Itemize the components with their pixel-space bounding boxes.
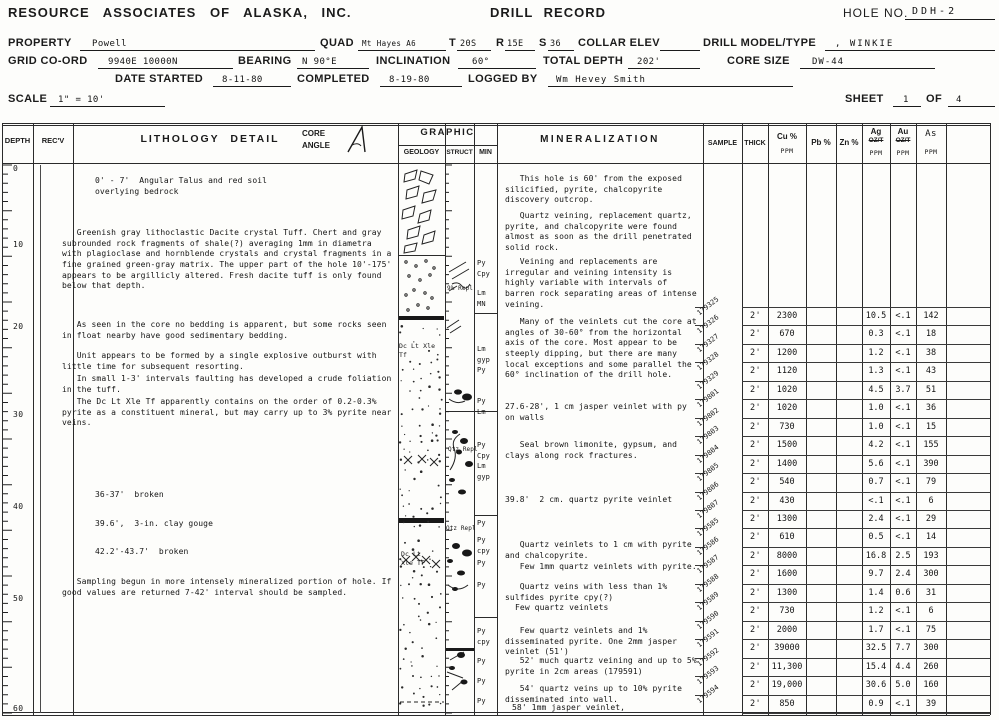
sample-cu: 1200 [768,348,806,358]
core-size-label: CORE SIZE [727,55,790,67]
sample-thick: 2' [744,496,767,506]
assay-row-line [742,639,990,640]
sample-cu: 430 [768,496,806,506]
grid-coord-value: 9940E 10000N [108,57,178,67]
tuff-crystal-dot [409,361,411,363]
assay-row-line [742,621,990,622]
completed-value: 8-19-80 [389,75,430,85]
sample-ag: 1.2 [862,606,890,616]
sample-cu: 610 [768,532,806,542]
tuff-crystal-dot [428,405,429,406]
depth-tick-label: 50 [13,594,23,603]
tuff-crystal-dot [403,506,404,507]
quad-value: Mt Hayes A6 [362,39,416,48]
depth-tick-label: 60 [13,704,23,713]
township-line [457,49,491,51]
mineralization-note: Seal brown limonite, gypsum, and clays a… [505,440,698,461]
property-line [80,49,315,51]
sample-ag: 15.4 [862,662,890,672]
tuff-crystal-dot [431,685,433,687]
tuff-crystal-dot [400,459,402,461]
sample-as: 43 [916,366,946,376]
tuff-crystal-dot [438,526,440,528]
tuff-crystal-dot [403,658,405,660]
tuff-crystal-dot [420,378,422,380]
tuff-crystal-dot [428,704,430,706]
mineral-abbrev-label: Lm gyp Py [477,344,497,376]
assay-row-line [742,344,990,345]
sample-au: <.1 [890,459,916,469]
tuff-crystal-dot [409,490,410,491]
core-size-line [800,67,935,69]
mineral-abbrev-label: Py Lm [477,396,497,417]
tuff-crystal-dot [421,408,423,410]
tuff-crystal-dot [401,494,403,496]
table-column-rule [2,123,3,715]
tuff-crystal-dot [399,331,401,333]
mineralization-note: 27.6-28', 1 cm jasper veinlet with py on… [505,402,698,423]
table-top-line-2 [2,125,990,126]
tuff-crystal-dot [412,577,413,578]
tuff-crystal-dot [439,694,440,695]
logged-by-line [548,85,793,87]
lithology-note: Sampling begun in more intensely mineral… [62,577,396,598]
grid-coord-label: GRID CO-ORD [8,55,88,67]
tuff-crystal-dot [436,571,438,573]
assay-row-line [742,455,990,456]
sample-as: 390 [916,459,946,469]
col-mineralization: MINERALIZATION [497,134,703,145]
sample-au: 7.7 [890,643,916,653]
graphic-subheader-line [398,145,497,146]
sample-ag: 1.2 [862,348,890,358]
tuff-crystal-dot [427,459,429,461]
sample-au: <.1 [890,311,916,321]
assay-row-line [742,362,990,363]
mineral-abbrev-label: Lm MN [477,288,497,309]
mineral-abbrev-label: Py [477,518,497,529]
sample-ag: 1.0 [862,422,890,432]
table-column-rule [742,123,743,715]
mineral-abbrev-label: Py cpy [477,626,497,647]
table-column-rule [946,123,947,715]
sample-as: 75 [916,625,946,635]
sheet-label: SHEET [845,93,884,105]
sample-as: 193 [916,551,946,561]
range-value: 15E [507,39,524,49]
core-angle-icon [342,124,376,156]
table-column-rule [497,123,498,715]
tuff-crystal-dot [439,408,441,410]
sample-ag: 1.4 [862,588,890,598]
tuff-crystal-dot [405,469,406,470]
inclination-line [458,67,536,69]
sheet-of-label: OF [926,93,942,105]
tuff-crystal-dot [402,597,403,598]
sample-cu: 2300 [768,311,806,321]
tuff-crystal-dot [404,647,406,649]
sample-au: <.1 [890,440,916,450]
sample-ag: 4.5 [862,385,890,395]
geology-unit-label: Dc Lt Xle TF [401,550,447,567]
assay-row-line [742,584,990,585]
sample-thick: 2' [744,662,767,672]
quad-line [358,49,446,51]
mineralization-note: Quartz veinlets to 1 cm with pyrite and … [505,540,698,561]
date-started-label: DATE STARTED [115,73,203,85]
mineral-abbrev-label: Py [477,696,497,707]
tuff-crystal-dot [437,439,439,441]
col-pb: Pb % [806,138,836,147]
sample-cu: 1120 [768,366,806,376]
assay-row-line [742,547,990,548]
bearing-label: BEARING [238,55,292,67]
assay-row-line [742,436,990,437]
table-column-rule [474,123,475,715]
geology-unit-label: Dc Lt Xle Tf [399,342,445,359]
sample-au: <.1 [890,477,916,487]
property-value: Powell [92,39,127,49]
sample-ag: 5.6 [862,459,890,469]
logged-by-label: LOGGED BY [468,73,538,85]
mineralization-note: 58' 1mm jasper veinlet, [512,703,697,714]
assay-row-line [742,325,990,326]
grid-coord-line [98,67,233,69]
tuff-crystal-dot [412,675,414,677]
date-started-line [213,85,291,87]
col-core-angle: CORE ANGLE [302,128,330,151]
sheet-of-value: 4 [956,95,962,105]
sample-thick: 2' [744,366,767,376]
sample-thick: 2' [744,422,767,432]
sample-cu: 540 [768,477,806,487]
tuff-crystal-dot [419,435,421,437]
tuff-crystal-dot [440,496,442,498]
assay-row-line [742,602,990,603]
sample-thick: 2' [744,403,767,413]
tuff-crystal-dot [430,373,432,375]
company-name: RESOURCE ASSOCIATES OF ALASKA, INC. [8,5,352,20]
tuff-crystal-dot [419,524,421,526]
tuff-crystal-dot [419,583,421,585]
sample-ag: 30.6 [862,680,890,690]
depth-tick-label: 20 [13,322,23,331]
sample-au: 2.4 [890,569,916,579]
sample-au: <.1 [890,329,916,339]
sample-au: <.1 [890,403,916,413]
tuff-crystal-dot [420,441,422,443]
sample-au: <.1 [890,606,916,616]
tuff-crystal-dot [431,507,434,510]
section-line [548,49,574,51]
col-graphic: GRAPHIC [398,127,497,138]
tuff-crystal-dot [431,676,432,677]
assay-row-line [742,528,990,529]
mineralization-note: Quartz veining, replacement quartz, pyri… [505,211,698,254]
tuff-crystal-dot [421,647,423,649]
tuff-crystal-dot [439,413,441,415]
tuff-crystal-dot [438,388,440,390]
lithology-note: In small 1-3' intervals faulting has dev… [62,374,396,395]
document-title: DRILL RECORD [490,5,606,20]
drill-model-value: , WINKIE [835,39,894,49]
tuff-crystal-dot [435,434,437,436]
inclination-label: INCLINATION [376,55,450,67]
tuff-crystal-dot [420,508,422,510]
sample-thick: 2' [744,477,767,487]
tuff-crystal-dot [413,369,414,370]
sample-cu: 730 [768,422,806,432]
sample-thick: 2' [744,680,767,690]
tuff-crystal-dot [437,686,439,688]
assay-row-line [742,713,990,714]
sample-as: 31 [916,588,946,598]
sample-as: 6 [916,606,946,616]
sample-as: 6 [916,496,946,506]
tuff-crystal-dot [419,397,421,399]
tuff-crystal-dot [438,675,439,676]
assay-row-line [742,381,990,382]
min-boundary-line [474,515,497,516]
sample-thick: 2' [744,606,767,616]
tuff-crystal-dot [437,371,439,373]
tuff-crystal-dot [401,426,402,427]
tuff-crystal-dot [423,328,424,329]
lithology-note: Greenish gray lithoclastic Dacite crysta… [62,228,396,292]
tuff-crystal-dot [441,399,443,401]
struct-bar [445,648,474,651]
section-label: S [539,37,547,49]
section-value: 36 [550,39,561,49]
tuff-crystal-dot [409,390,411,392]
total-depth-label: TOTAL DEPTH [543,55,623,67]
tuff-crystal-dot [427,521,429,523]
geology-section-line [398,255,445,256]
sample-as: 160 [916,680,946,690]
sample-cu: 1500 [768,440,806,450]
col-cu: Cu % [768,132,806,141]
sample-cu: 11,300 [768,662,806,672]
sample-thick: 2' [744,385,767,395]
sample-thick: 2' [744,569,767,579]
col-thick: THICK [742,140,768,147]
property-label: PROPERTY [8,37,72,49]
sample-as: 79 [916,477,946,487]
depth-tick-label: 30 [13,410,23,419]
sample-cu: 1020 [768,385,806,395]
assay-row-line [742,418,990,419]
tuff-crystal-dot [399,441,401,443]
tuff-crystal-dot [408,503,410,505]
sample-as: 39 [916,699,946,709]
table-column-rule [33,123,34,715]
min-boundary-line [474,313,497,314]
sample-au: <.1 [890,348,916,358]
lithology-note: As seen in the core no bedding is appare… [62,320,396,341]
sample-cu: 1300 [768,514,806,524]
tuff-crystal-dot [404,434,405,435]
tuff-crystal-dot [403,624,405,626]
tuff-crystal-dot [402,369,404,371]
assay-row-line [742,676,990,677]
tuff-crystal-dot [413,478,415,480]
sample-ag: 1.0 [862,403,890,413]
sample-ag: 0.3 [862,329,890,339]
col-ag-struck-unit: OZ/T [862,137,890,144]
sample-ag: 1.7 [862,625,890,635]
tuff-crystal-dot [427,449,429,451]
sample-au: 4.4 [890,662,916,672]
mineralization-note: Few 1mm quartz veinlets with pyrite. [505,562,698,573]
tuff-crystal-dot [412,516,414,518]
tuff-crystal-dot [419,688,420,689]
min-boundary-line [474,617,497,618]
mineralization-note: Few quartz veinlets [515,603,695,614]
tuff-crystal-dot [409,632,410,633]
sample-cu: 39000 [768,643,806,653]
tuff-crystal-dot [401,413,403,415]
sample-ag: 1.3 [862,366,890,376]
depth-tick-label: 10 [13,240,23,249]
sample-ag: 16.8 [862,551,890,561]
tuff-crystal-dot [438,376,440,378]
tuff-crystal-dot [440,503,441,504]
tuff-crystal-dot [436,666,437,667]
tuff-crystal-dot [439,606,441,608]
tuff-crystal-dot [403,522,405,524]
sample-cu: 850 [768,699,806,709]
hole-no-value: DDH-2 [912,6,957,17]
assay-row-line [742,565,990,566]
tuff-crystal-dot [419,363,421,365]
tuff-crystal-dot [440,593,442,595]
tuff-crystal-dot [409,451,410,452]
tuff-crystal-dot [422,696,424,698]
bearing-value: N 90°E [302,57,337,67]
sample-au: 5.0 [890,680,916,690]
tuff-crystal-dot [437,328,438,329]
sample-ag: 4.2 [862,440,890,450]
scale-label: SCALE [8,93,47,105]
lithology-note: 39.6', 3-in. clay gouge [95,519,355,530]
tuff-crystal-dot [428,623,431,626]
tuff-crystal-dot [439,460,441,462]
tuff-crystal-dot [400,585,401,586]
tuff-crystal-dot [427,612,429,614]
tuff-crystal-dot [435,622,436,623]
range-label: R [496,37,504,49]
table-column-rule [836,123,837,715]
sample-thick: 2' [744,588,767,598]
depth-tick-label: 0 [13,164,18,173]
tuff-crystal-dot [419,425,421,427]
sample-au: <.1 [890,625,916,635]
sample-as: 155 [916,440,946,450]
tuff-crystal-dot [399,702,401,704]
assay-row-line [742,307,990,308]
tuff-crystal-dot [413,381,415,383]
sample-cu: 8000 [768,551,806,561]
tuff-crystal-dot [430,362,432,364]
sample-thick: 2' [744,440,767,450]
tuff-crystal-dot [418,616,420,618]
sheet-value: 1 [903,95,909,105]
col-ag-unit: PPM [862,149,890,157]
sample-thick: 2' [744,329,767,339]
tuff-crystal-dot [426,512,428,514]
sample-as: 51 [916,385,946,395]
table-column-rule [445,123,446,715]
total-depth-line [628,67,700,69]
mineral-abbrev-label: Py [477,558,497,569]
col-geology: GEOLOGY [398,149,445,156]
col-ag: Ag [862,127,890,136]
sample-au: 2.5 [890,551,916,561]
sample-ag: 2.4 [862,514,890,524]
tuff-crystal-dot [420,619,422,621]
sample-cu: 19,000 [768,680,806,690]
tuff-crystal-dot [412,408,414,410]
sample-ag: 9.7 [862,569,890,579]
recovery-line [40,165,41,713]
sample-thick: 2' [744,311,767,321]
table-column-rule [398,123,399,715]
table-top-line-1 [2,123,990,124]
sample-au: <.1 [890,366,916,376]
sample-as: 300 [916,643,946,653]
col-sample: SAMPLE [703,140,742,147]
tuff-crystal-dot [411,665,413,667]
tuff-crystal-dot [403,449,404,450]
sample-as: 14 [916,532,946,542]
sample-thick: 2' [744,699,767,709]
table-column-rule [990,123,991,715]
mineralization-note: This hole is 60' from the exposed silici… [505,174,698,206]
scale-value: 1" = 10' [58,95,105,105]
date-started-value: 8-11-80 [222,75,263,85]
tuff-crystal-dot [408,583,410,585]
tuff-crystal-dot [420,470,423,473]
collar-elev-line [660,49,700,51]
sample-thick: 2' [744,532,767,542]
tuff-crystal-dot [399,668,401,670]
scale-line [50,105,165,107]
sample-thick: 2' [744,643,767,653]
mineralization-note: 52' much quartz veining and up to 5% pyr… [505,656,698,677]
sample-ag: 0.9 [862,699,890,709]
col-as-unit: PPM [916,148,946,156]
sample-au: <.1 [890,496,916,506]
mineral-abbrev-label: Py Cpy Lm gyp [477,440,497,482]
total-depth-value: 202' [637,57,660,67]
drill-model-line [825,49,995,51]
tuff-crystal-dot [439,425,440,426]
depth-tick-label: 40 [13,502,23,511]
tuff-crystal-dot [414,526,415,527]
sample-thick: 2' [744,514,767,524]
sample-as: 36 [916,403,946,413]
tuff-crystal-dot [412,641,414,643]
sample-cu: 1600 [768,569,806,579]
tuff-crystal-dot [438,454,440,456]
sample-cu: 1020 [768,403,806,413]
sample-cu: 730 [768,606,806,616]
assay-row-line [742,473,990,474]
tuff-crystal-dot [439,334,440,335]
lithology-note: 42.2'-43.7' broken [95,547,355,558]
tuff-crystal-dot [428,583,431,586]
col-struct: STRUCT [445,149,474,156]
